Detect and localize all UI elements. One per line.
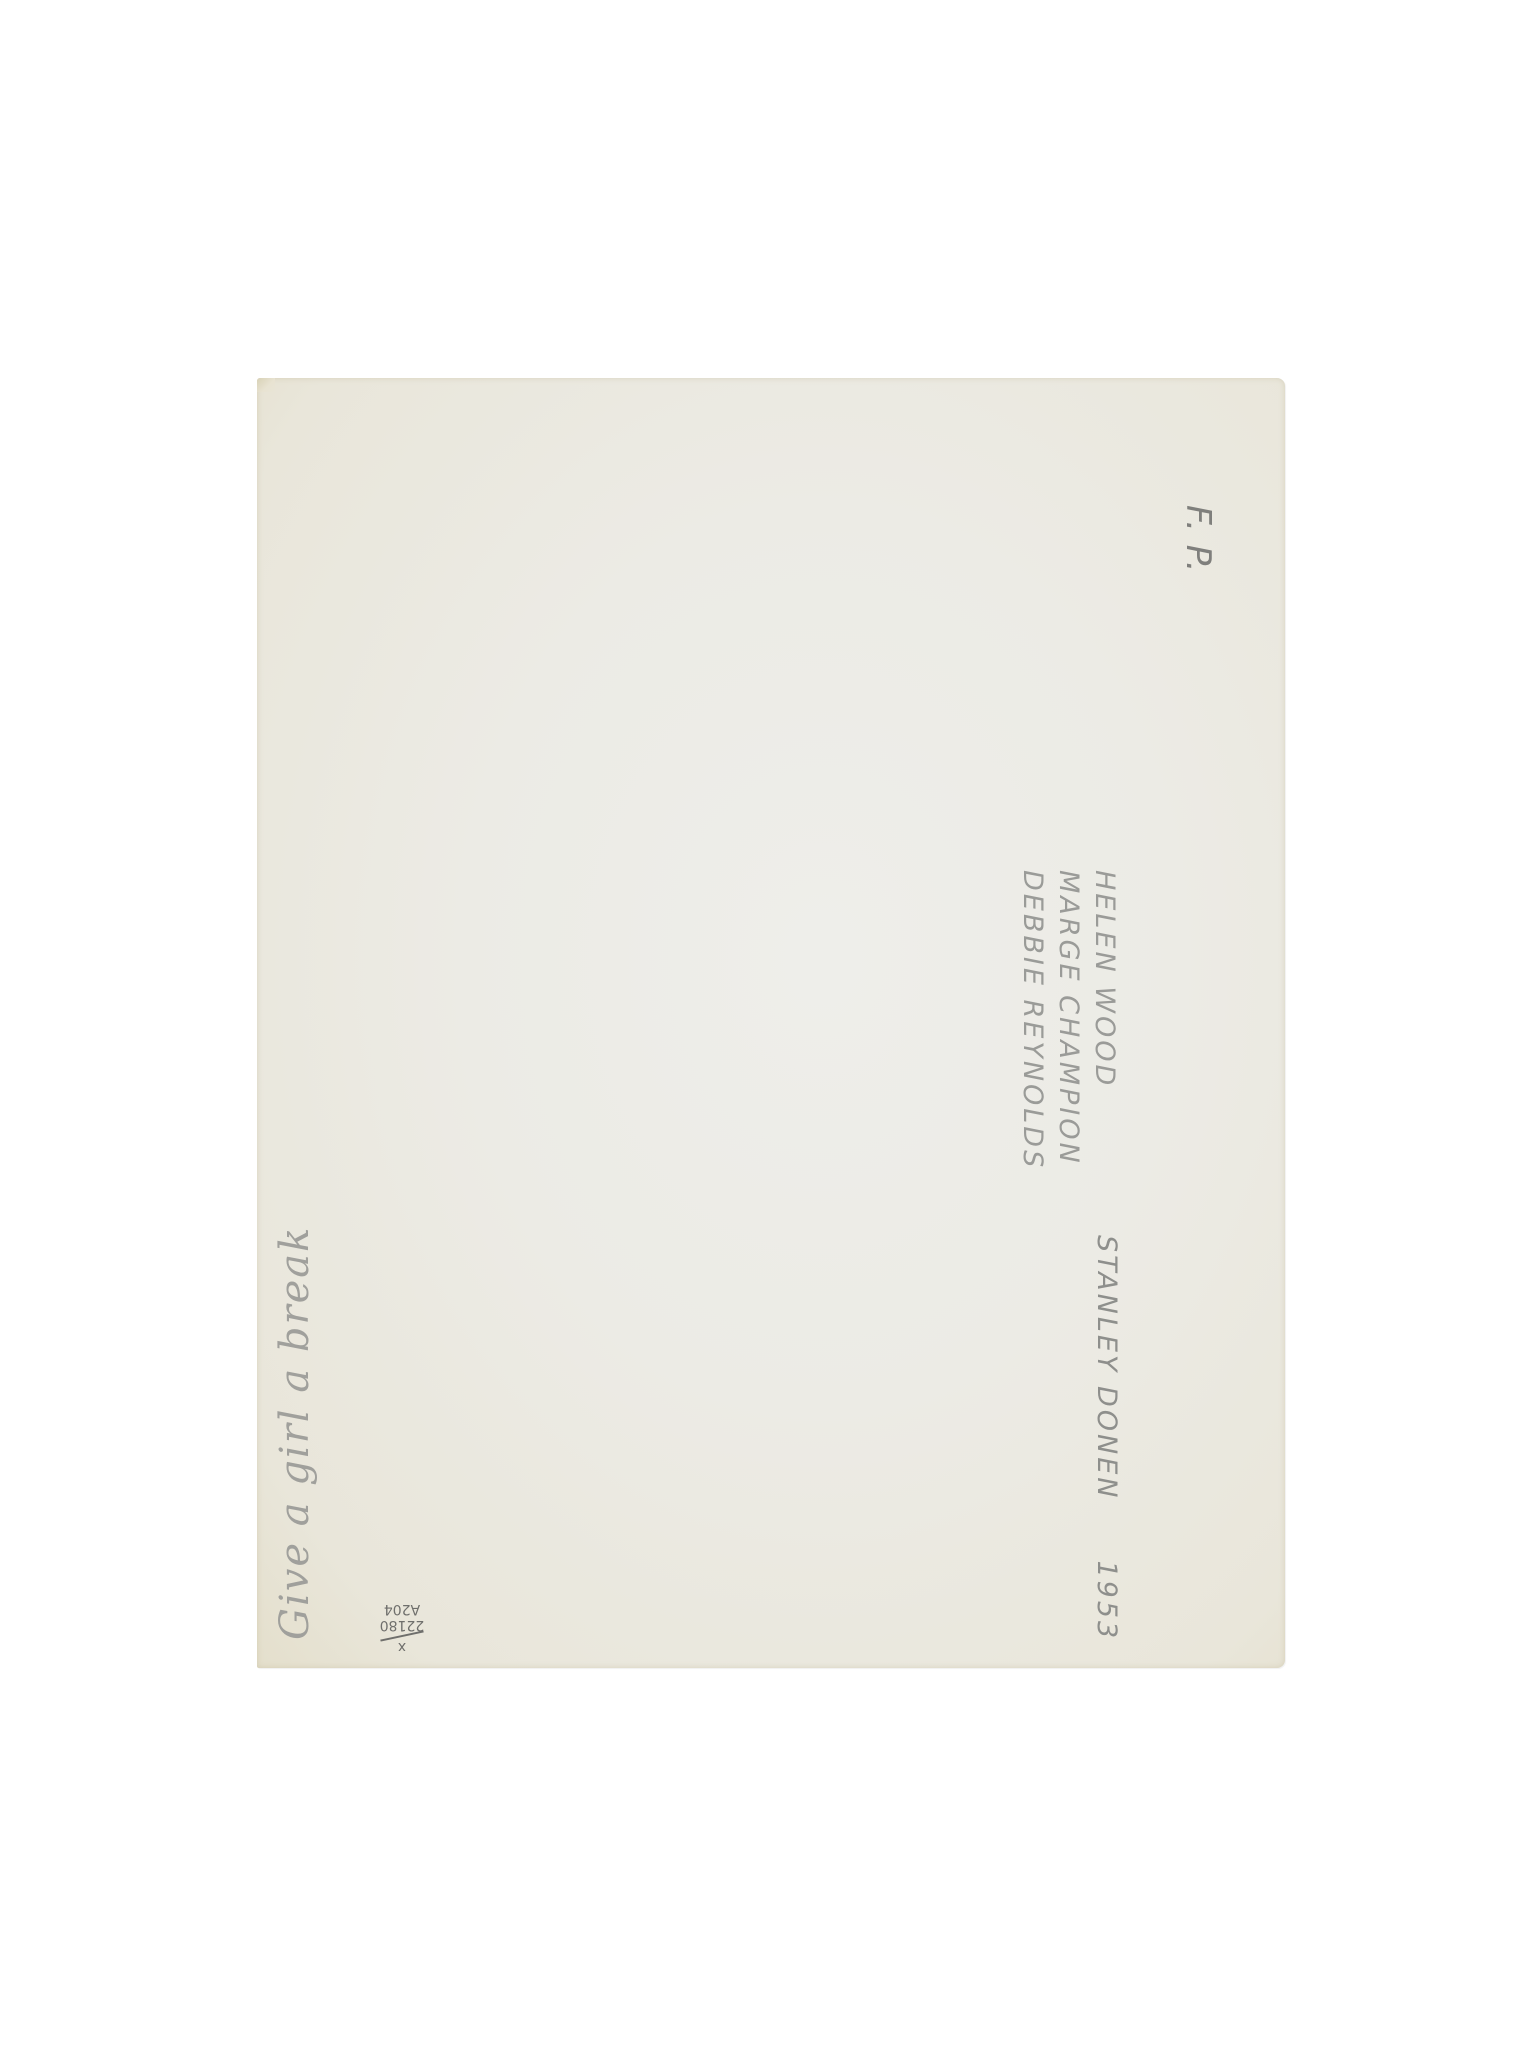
year: 1953 <box>1091 1561 1122 1642</box>
director-name: STANLEY DONEN <box>1091 1235 1122 1501</box>
corner-initials: F. P. <box>1178 505 1218 573</box>
cast-name: DEBBIE REYNOLDS <box>1014 870 1050 1170</box>
cast-list: HELEN WOOD MARGE CHAMPION DEBBIE REYNOLD… <box>1014 870 1122 1170</box>
archive-code-ref: A204 <box>372 1601 432 1617</box>
photo-print-back <box>257 378 1285 1668</box>
cast-name: MARGE CHAMPION <box>1050 870 1086 1170</box>
film-title-note: Give a girl a break <box>272 1226 318 1640</box>
archive-code: x 22180 A204 <box>372 1595 432 1655</box>
director-credit: STANLEY DONEN1953 <box>1091 1235 1122 1641</box>
cast-name: HELEN WOOD <box>1086 870 1122 1170</box>
